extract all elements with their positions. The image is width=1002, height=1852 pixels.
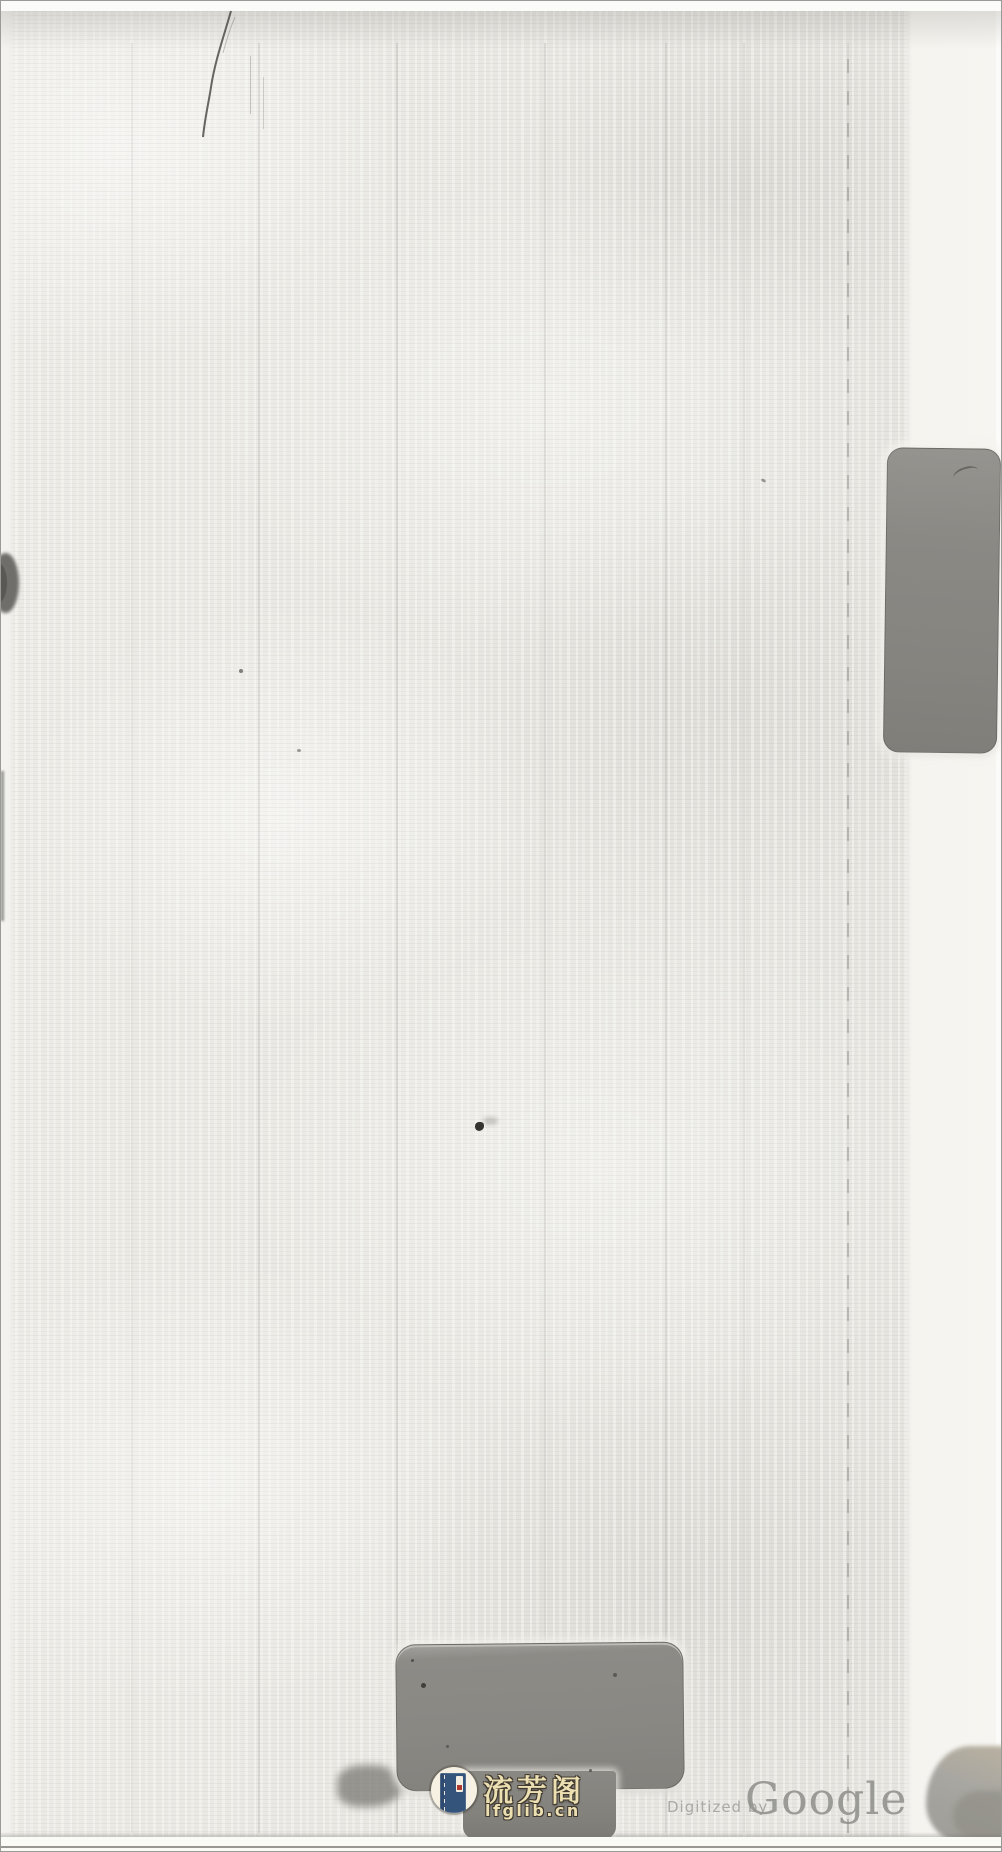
ink-smudge xyxy=(483,1117,498,1125)
right-page-edge-band xyxy=(904,1,1002,1851)
top-white-strip xyxy=(1,1,1001,11)
ink-speck xyxy=(589,1769,592,1772)
bottom-rule-line xyxy=(1,1846,1001,1848)
left-edge-sliver xyxy=(1,771,4,921)
left-margin-strip xyxy=(1,1,15,1851)
tear-crack xyxy=(189,9,249,144)
paper-bleedthrough-texture xyxy=(1,1,1001,1851)
crease-line xyxy=(131,43,133,1833)
book-label-seal xyxy=(457,1785,462,1790)
ink-speck xyxy=(421,1683,426,1688)
watermark-site-url: lfglib.cn xyxy=(485,1801,581,1820)
crease-line xyxy=(544,43,546,1833)
ink-speck xyxy=(297,749,301,752)
crease-line xyxy=(847,43,849,1833)
ink-speck xyxy=(613,1673,617,1677)
crease-line xyxy=(258,43,260,1833)
top-shade-band xyxy=(1,11,1001,49)
ink-speck xyxy=(446,1745,449,1748)
watermark-logo xyxy=(431,1767,477,1813)
crease-line xyxy=(396,43,398,1833)
bottom-white-strip xyxy=(1,1837,1001,1852)
scanned-page: 流芳阁 lfglib.cn Digitized by Google xyxy=(0,0,1002,1852)
ink-speck xyxy=(411,1659,414,1662)
google-wordmark: Google xyxy=(745,1778,907,1822)
book-logo-icon xyxy=(440,1773,466,1813)
scratch-mark xyxy=(263,77,264,129)
right-outer-strip xyxy=(996,1,1001,1851)
scratch-mark xyxy=(250,56,251,114)
crease-line xyxy=(665,43,667,1833)
book-title-label xyxy=(456,1776,463,1792)
ink-speck xyxy=(239,669,243,673)
book-stitch-lines xyxy=(444,1775,445,1811)
right-clip-tab xyxy=(883,447,1001,754)
crease-line xyxy=(743,43,745,1833)
